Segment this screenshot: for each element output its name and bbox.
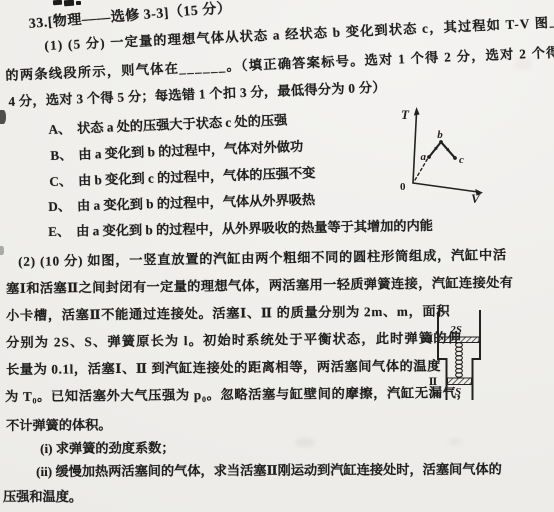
part2-line: 不计弹簧的体积。 bbox=[6, 414, 112, 434]
scan-artifact bbox=[76, 1, 81, 5]
scan-artifact bbox=[53, 0, 62, 5]
part2-line: 小卡槽，活塞Ⅱ不能通过连接处。活塞Ⅰ、Ⅱ 的质量分别为 2m、m，面积 bbox=[6, 300, 450, 324]
part2-line: (2) (10 分) 如图，一竖直放置的汽缸由两个粗细不同的圆柱形筒组成，汽缸中… bbox=[18, 244, 507, 270]
scan-artifact bbox=[0, 110, 6, 124]
spring-coil bbox=[456, 343, 463, 378]
option-c-text: 由 b 变化到 c 的过程中，气体的压强不变 bbox=[78, 165, 316, 188]
option-b-label: B、 bbox=[50, 147, 73, 163]
option-d-text: 由 a 变化到 b 的过程中，气体从外界吸热 bbox=[77, 192, 315, 213]
t-axis bbox=[413, 113, 417, 183]
option-e-text: 由 a 变化到 b 的过程中，从外界吸收的热量等于其增加的内能 bbox=[76, 218, 433, 239]
scan-artifact bbox=[0, 246, 4, 255]
point-a-label: a bbox=[421, 151, 427, 163]
part1-line: 4 分，选对 3 个得 5 分；每选错 1 个扣 3 分，最低得分为 0 分） bbox=[8, 77, 386, 110]
piston-1-label: Ⅰ bbox=[429, 334, 434, 345]
point-b-label: b bbox=[437, 129, 443, 141]
segment-a-b bbox=[429, 142, 441, 157]
option-d-label: D、 bbox=[48, 198, 71, 214]
option-a-label: A、 bbox=[48, 121, 71, 137]
cylinder-diagram: 2S Ⅰ Ⅱ S bbox=[423, 300, 495, 408]
scan-smudge bbox=[295, 438, 315, 447]
part2-line: 分别为 2S、S、弹簧原长为 l。初始时系统处于平衡状态，此时弹簧的伸 bbox=[6, 327, 462, 351]
subquestion-ii: (ii) 缓慢加热两活塞间的气体，求当活塞Ⅱ刚运动到汽缸连接处时，活塞间气体的 bbox=[36, 459, 502, 480]
v-axis-label: V bbox=[471, 191, 481, 206]
cylinder-right-wall bbox=[473, 310, 481, 400]
cylinder-left-wall bbox=[438, 312, 447, 400]
scan-smudge bbox=[515, 58, 531, 70]
subquestion-ii-continued: 压强和温度。 bbox=[3, 486, 82, 505]
t-axis-arrowhead bbox=[414, 107, 420, 116]
subquestion-i: (i) 求弹簧的劲度系数； bbox=[40, 437, 175, 457]
point-a-dot bbox=[427, 155, 431, 159]
option-a: A、状态 a 处的压强大于状态 c 处的压强 bbox=[48, 109, 288, 138]
part2-line: 塞Ⅰ和活塞Ⅱ之间封闭有一定量的理想气体，两活塞用一轻质弹簧连接，汽缸连接处有 bbox=[6, 272, 513, 297]
origin-label: 0 bbox=[400, 181, 406, 193]
scan-artifact bbox=[64, 0, 74, 6]
option-c-label: C、 bbox=[49, 173, 72, 189]
v-axis bbox=[413, 183, 478, 192]
option-e-label: E、 bbox=[48, 224, 70, 239]
piston-2-label: Ⅱ bbox=[429, 377, 437, 388]
scan-smudge bbox=[448, 438, 462, 445]
option-b-text: 由 a 变化到 b 的过程中，气体对外做功 bbox=[78, 139, 303, 162]
tv-diagram: T 0 V a b c bbox=[393, 102, 508, 206]
option-b: B、由 a 变化到 b 的过程中，气体对外做功 bbox=[50, 136, 303, 164]
area-s-label: S bbox=[455, 386, 461, 398]
point-c-dot bbox=[453, 156, 457, 160]
part2-line: 长量为 0.1l，活塞Ⅰ、Ⅱ 到汽缸连接处的距离相等，两活塞间气体的温度 bbox=[6, 355, 441, 378]
option-e: E、由 a 变化到 b 的过程中，从外界吸收的热量等于其增加的内能 bbox=[48, 215, 433, 240]
part2-line: 为 T₀。已知活塞外大气压强为 p₀。忽略活塞与缸壁间的摩擦，汽缸无漏气， bbox=[5, 382, 470, 405]
piston-1 bbox=[439, 337, 479, 343]
option-a-text: 状态 a 处的压强大于状态 c 处的压强 bbox=[77, 112, 288, 135]
option-d: D、由 a 变化到 b 的过程中，气体从外界吸热 bbox=[48, 189, 315, 215]
point-c-label: c bbox=[459, 154, 464, 166]
piston-2 bbox=[448, 378, 472, 385]
area-2s-label: 2S bbox=[449, 324, 462, 336]
t-axis-label: T bbox=[401, 107, 410, 122]
option-c: C、由 b 变化到 c 的过程中，气体的压强不变 bbox=[49, 162, 316, 190]
